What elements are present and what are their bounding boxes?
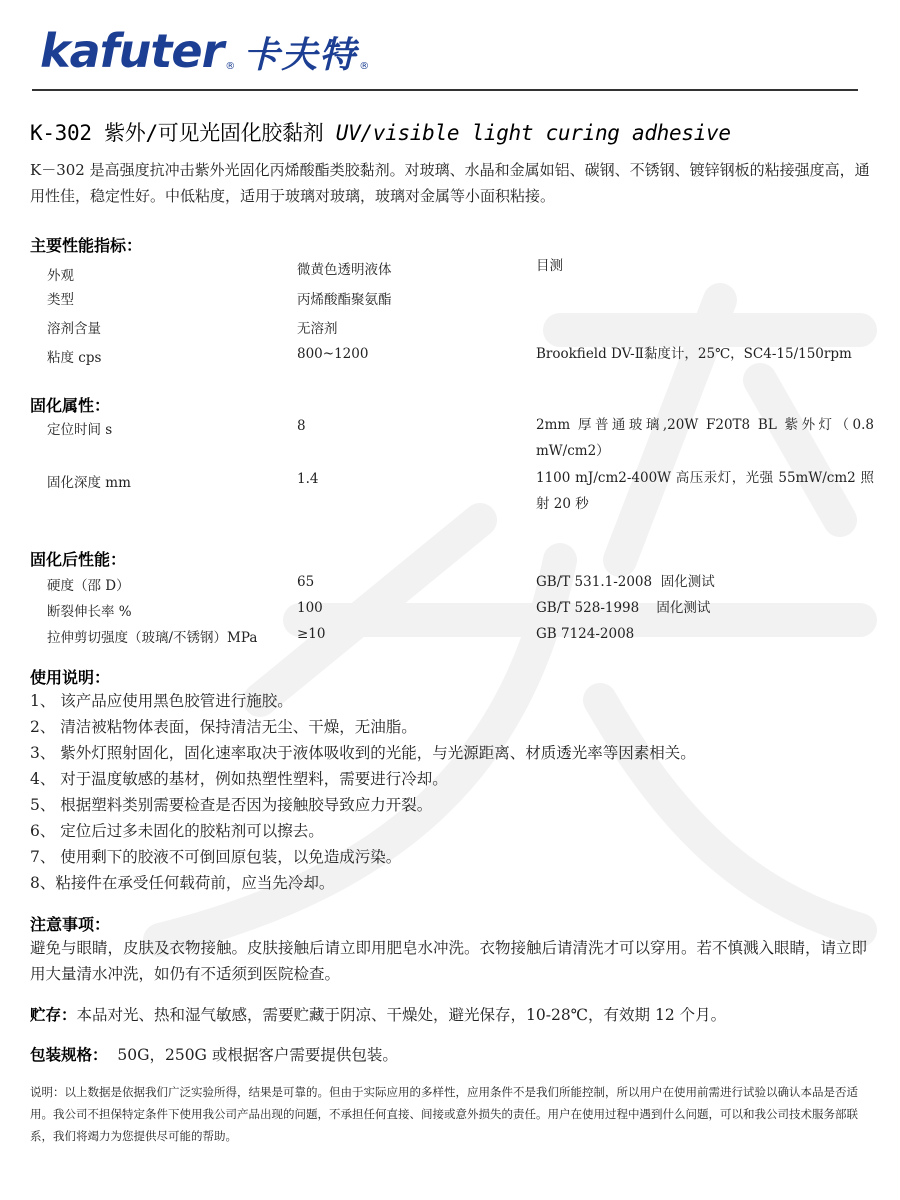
curing-method: 1100 mJ/cm2-400W 高压汞灯，光强 55mW/cm2 照射 20 …: [536, 465, 874, 517]
storage-line: 贮存：本品对光、热和湿气敏感，需要贮藏于阴凉、干燥处，避光保存，10-28℃，有…: [30, 1003, 726, 1025]
spec-property: 外观: [47, 264, 74, 284]
curing-property: 定位时间 s: [47, 418, 112, 438]
curing-heading: 固化属性：: [30, 393, 110, 416]
cured-method: GB 7124-2008: [536, 621, 874, 647]
curing-method: 2mm 厚普通玻璃,20W F20T8 BL 紫外灯（0.8 mW/cm2）: [536, 412, 874, 464]
usage-item: 6、 定位后过多未固化的胶粘剂可以擦去。: [30, 818, 696, 844]
spec-property: 粘度 cps: [47, 346, 101, 366]
cured-property: 拉伸剪切强度（玻璃/不锈钢）MPa: [47, 626, 257, 646]
cured-value: 100: [297, 600, 323, 616]
cured-property: 硬度（邵 D）: [47, 574, 130, 594]
page-title: K-302 紫外/可见光固化胶黏剂 UV/visible light curin…: [30, 117, 731, 147]
curing-property: 固化深度 mm: [47, 471, 131, 491]
spec-value: 微黄色透明液体: [297, 258, 392, 278]
curing-value: 1.4: [297, 471, 318, 487]
usage-item: 1、 该产品应使用黑色胶管进行施胶。: [30, 688, 696, 714]
spec-method: Brookfield DV-Ⅱ黏度计，25℃，SC4-15/150rpm: [536, 341, 874, 367]
spec-method: 目测: [536, 253, 874, 279]
brand-logo: kafuter ® 卡夫特 ®: [40, 18, 377, 74]
registered-mark-cn: ®: [359, 61, 369, 72]
product-name-en: UV/visible light curing adhesive: [336, 121, 731, 145]
usage-item: 5、 根据塑料类别需要检查是否因为接触胶导致应力开裂。: [30, 792, 696, 818]
product-name-cn: 紫外/可见光固化胶黏剂: [104, 121, 323, 145]
usage-item: 4、 对于温度敏感的基材，例如热塑性塑料，需要进行冷却。: [30, 766, 696, 792]
storage-label: 贮存：: [30, 1006, 77, 1024]
cured-value: ≥10: [297, 626, 326, 642]
packing-text: 50G，250G 或根据客户需要提供包装。: [108, 1046, 398, 1064]
notice-body: 避免与眼睛，皮肤及衣物接触。皮肤接触后请立即用肥皂水冲洗。衣物接触后请清洗才可以…: [30, 935, 875, 987]
packing-label: 包装规格：: [30, 1046, 108, 1064]
cured-value: 65: [297, 574, 314, 590]
spec-value: 丙烯酸酯聚氨酯: [297, 288, 392, 308]
registered-mark: ®: [225, 61, 235, 72]
usage-item: 7、 使用剩下的胶液不可倒回原包装，以免造成污染。: [30, 844, 696, 870]
spec-property: 类型: [47, 288, 74, 308]
logo-wordmark-en: kafuter: [40, 28, 223, 74]
packing-line: 包装规格： 50G，250G 或根据客户需要提供包装。: [30, 1043, 398, 1065]
usage-list: 1、 该产品应使用黑色胶管进行施胶。 2、 清洁被粘物体表面，保持清洁无尘、干燥…: [30, 688, 696, 896]
specs-heading: 主要性能指标：: [30, 233, 142, 256]
usage-item: 3、 紫外灯照射固化，固化速率取决于液体吸收到的光能，与光源距离、材质透光率等因…: [30, 740, 696, 766]
notice-heading: 注意事项：: [30, 912, 110, 935]
curing-value: 8: [297, 418, 306, 434]
usage-item: 2、 清洁被粘物体表面，保持清洁无尘、干燥，无油脂。: [30, 714, 696, 740]
spec-property: 溶剂含量: [47, 317, 101, 337]
cured-method: GB/T 528-1998 固化测试: [536, 595, 874, 621]
header-divider: [32, 89, 858, 91]
spec-value: 800~1200: [297, 346, 368, 362]
product-intro: K－302 是高强度抗冲击紫外光固化丙烯酸酯类胶黏剂。对玻璃、水晶和金属如铝、碳…: [30, 157, 875, 209]
cured-heading: 固化后性能：: [30, 547, 126, 570]
product-code: K-302: [30, 121, 92, 145]
logo-wordmark-cn: 卡夫特: [243, 38, 357, 74]
usage-heading: 使用说明：: [30, 665, 110, 688]
spec-value: 无溶剂: [297, 317, 338, 337]
disclaimer: 说明：以上数据是依据我们广泛实验所得，结果是可靠的。但由于实际应用的多样性，应用…: [30, 1081, 875, 1147]
usage-item: 8、粘接件在承受任何载荷前，应当先冷却。: [30, 870, 696, 896]
storage-text: 本品对光、热和湿气敏感，需要贮藏于阴凉、干燥处，避光保存，10-28℃，有效期 …: [77, 1006, 727, 1024]
cured-method: GB/T 531.1-2008 固化测试: [536, 569, 874, 595]
cured-property: 断裂伸长率 %: [47, 600, 132, 620]
